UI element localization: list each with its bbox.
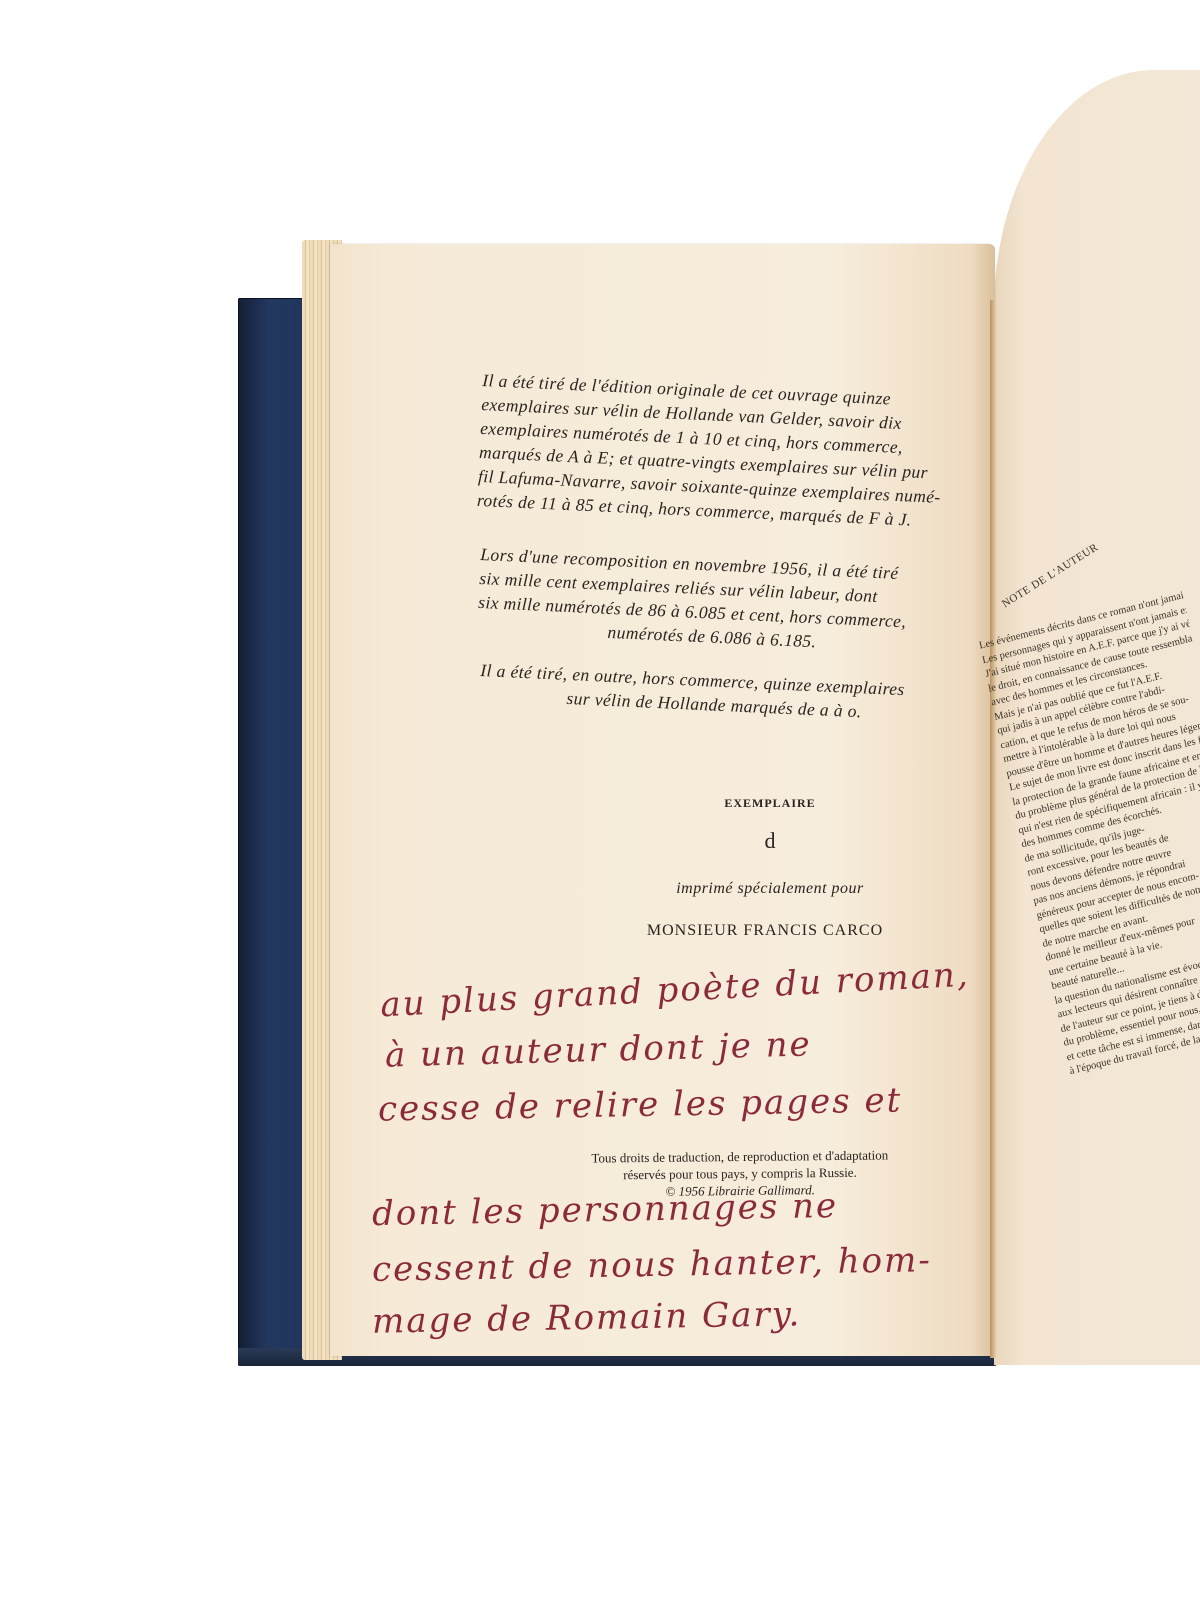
printed-for-label: imprimé spécialement pour <box>620 880 920 898</box>
justification-paragraph-1: Il a été tiré de l'édition originale de … <box>476 368 952 533</box>
book-photograph: Il a été tiré de l'édition originale de … <box>0 0 1200 1600</box>
handwritten-line: dont les personnages ne <box>372 1186 839 1234</box>
exemplaire-label: EXEMPLAIRE <box>680 796 860 811</box>
exemplaire-letter: d <box>730 828 810 854</box>
handwritten-signature: mage de Romain Gary. <box>372 1294 802 1341</box>
recipient-name: MONSIEUR FRANCIS CARCO <box>590 922 940 940</box>
book-gutter <box>990 300 996 1358</box>
